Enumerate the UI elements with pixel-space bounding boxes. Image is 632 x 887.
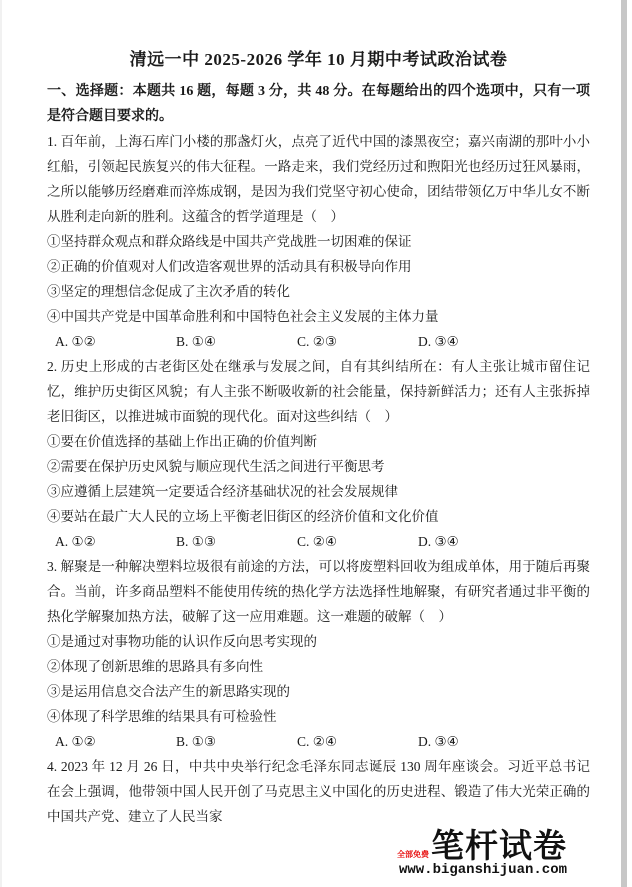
question-statement: ②正确的价值观对人们改造客观世界的活动具有积极导向作用 (47, 254, 590, 279)
question-stem: 2. 历史上形成的古老街区处在继承与发展之间，自有其纠结所在：有人主张让城市留住… (47, 354, 590, 429)
question-statement: ②需要在保护历史风貌与顺应现代生活之间进行平衡思考 (47, 454, 590, 479)
watermark-url: www.biganshijuan.com (399, 862, 567, 878)
exam-page: 清远一中 2025-2026 学年 10 月期中考试政治试卷 一、选择题：本题共… (0, 0, 632, 887)
choice-option-d: D. ③④ (418, 729, 459, 754)
question-statement: ④中国共产党是中国革命胜利和中国特色社会主义发展的主体力量 (47, 304, 590, 329)
question-statement: ①坚持群众观点和群众路线是中国共产党战胜一切困难的保证 (47, 229, 590, 254)
question-stem: 4. 2023 年 12 月 26 日，中共中央举行纪念毛泽东同志诞辰 130 … (47, 754, 590, 829)
question-statement: ③坚定的理想信念促成了主次矛盾的转化 (47, 279, 590, 304)
question-statement: ①要在价值选择的基础上作出正确的价值判断 (47, 429, 590, 454)
choice-row: A. ①② B. ①④ C. ②③ D. ③④ (47, 329, 590, 354)
choice-option-a: A. ①② (55, 529, 176, 554)
page-left-edge (0, 0, 2, 887)
page-title: 清远一中 2025-2026 学年 10 月期中考试政治试卷 (47, 47, 590, 73)
question-statement: ②体现了创新思维的思路具有多向性 (47, 654, 590, 679)
question-3: 3. 解聚是一种解决塑料垃圾很有前途的方法，可以将废塑料回收为组成单体，用于随后… (47, 554, 590, 754)
scrollbar[interactable] (621, 0, 627, 887)
section-intro: 一、选择题：本题共 16 题，每题 3 分，共 48 分。在每题给出的四个选项中… (47, 79, 590, 129)
question-stem: 3. 解聚是一种解决塑料垃圾很有前途的方法，可以将废塑料回收为组成单体，用于随后… (47, 554, 590, 629)
choice-option-d: D. ③④ (418, 529, 459, 554)
question-statement: ①是通过对事物功能的认识作反向思考实现的 (47, 629, 590, 654)
question-1: 1. 百年前，上海石库门小楼的那盏灯火，点亮了近代中国的漆黑夜空；嘉兴南湖的那叶… (47, 129, 590, 354)
choice-option-a: A. ①② (55, 329, 176, 354)
choice-option-b: B. ①③ (176, 729, 297, 754)
choice-option-b: B. ①④ (176, 329, 297, 354)
choice-option-c: C. ②④ (297, 729, 418, 754)
question-statement: ③应遵循上层建筑一定要适合经济基础状况的社会发展规律 (47, 479, 590, 504)
question-2: 2. 历史上形成的古老街区处在继承与发展之间，自有其纠结所在：有人主张让城市留住… (47, 354, 590, 554)
watermark-free-label: 全部免费 (397, 850, 429, 859)
choice-option-b: B. ①③ (176, 529, 297, 554)
question-statement: ③是运用信息交合法产生的新思路实现的 (47, 679, 590, 704)
choice-option-c: C. ②③ (297, 329, 418, 354)
question-stem: 1. 百年前，上海石库门小楼的那盏灯火，点亮了近代中国的漆黑夜空；嘉兴南湖的那叶… (47, 129, 590, 229)
question-4: 4. 2023 年 12 月 26 日，中共中央举行纪念毛泽东同志诞辰 130 … (47, 754, 590, 829)
watermark-brand-row: 全部免费 笔杆试卷 (397, 829, 567, 865)
choice-option-d: D. ③④ (418, 329, 459, 354)
watermark-brand: 笔杆试卷 (431, 829, 567, 865)
question-statement: ④体现了科学思维的结果具有可检验性 (47, 704, 590, 729)
choice-option-c: C. ②④ (297, 529, 418, 554)
question-statement: ④要站在最广大人民的立场上平衡老旧街区的经济价值和文化价值 (47, 504, 590, 529)
watermark: 全部免费 笔杆试卷 www.biganshijuan.com (397, 829, 567, 878)
choice-row: A. ①② B. ①③ C. ②④ D. ③④ (47, 729, 590, 754)
choice-option-a: A. ①② (55, 729, 176, 754)
choice-row: A. ①② B. ①③ C. ②④ D. ③④ (47, 529, 590, 554)
